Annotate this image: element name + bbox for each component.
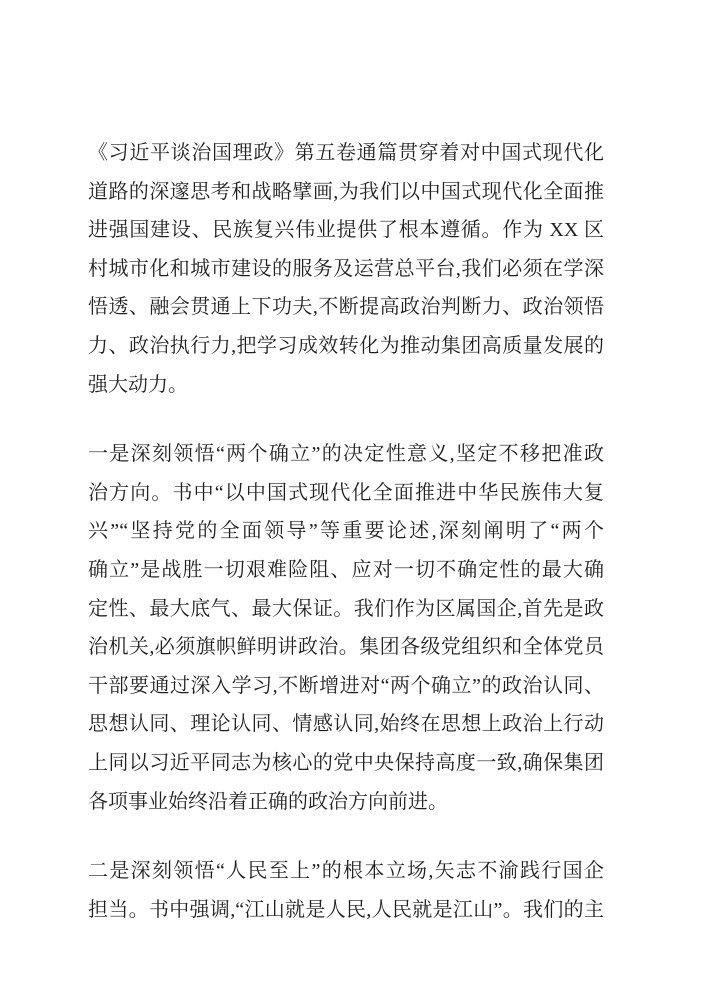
text-line: 强大动力。 [88,366,604,405]
text-line: 一是深刻领悟“两个确立”的决定性意义,坚定不移把准政 [88,435,604,474]
text-line: 道路的深邃思考和战略擘画,为我们以中国式现代化全面推 [88,173,604,212]
text-line: 《习近平谈治国理政》第五卷通篇贯穿着对中国式现代化 [88,134,604,173]
text-line: 干部要通过深入学习,不断增进对“两个确立”的政治认同、 [88,667,604,706]
paragraph: 二是深刻领悟“人民至上”的根本立场,矢志不渝践行国企担当。书中强调,“江山就是人… [88,852,604,929]
text-line: 各项事业始终沿着正确的政治方向前进。 [88,783,604,822]
text-line: 治机关,必须旗帜鲜明讲政治。集团各级党组织和全体党员 [88,628,604,667]
text-line: 悟透、融会贯通上下功夫,不断提高政治判断力、政治领悟 [88,288,604,327]
document-page: 《习近平谈治国理政》第五卷通篇贯穿着对中国式现代化道路的深邃思考和战略擘画,为我… [0,0,711,1006]
text-line: 确立”是战胜一切艰难险阻、应对一切不确定性的最大确 [88,551,604,590]
text-line: 担当。书中强调,“江山就是人民,人民就是江山”。我们的主 [88,891,604,930]
text-line: 治方向。书中“以中国式现代化全面推进中华民族伟大复 [88,474,604,513]
text-line: 思想认同、理论认同、情感认同,始终在思想上政治上行动 [88,705,604,744]
document-body: 《习近平谈治国理政》第五卷通篇贯穿着对中国式现代化道路的深邃思考和战略擘画,为我… [88,134,604,929]
text-line: 村城市化和城市建设的服务及运营总平台,我们必须在学深 [88,250,604,289]
paragraph: 《习近平谈治国理政》第五卷通篇贯穿着对中国式现代化道路的深邃思考和战略擘画,为我… [88,134,604,404]
text-line: 力、政治执行力,把学习成效转化为推动集团高质量发展的 [88,327,604,366]
text-line: 二是深刻领悟“人民至上”的根本立场,矢志不渝践行国企 [88,852,604,891]
text-line: 定性、最大底气、最大保证。我们作为区属国企,首先是政 [88,590,604,629]
paragraph: 一是深刻领悟“两个确立”的决定性意义,坚定不移把准政治方向。书中“以中国式现代化… [88,435,604,821]
text-line: 兴”“坚持党的全面领导”等重要论述,深刻阐明了“两个 [88,512,604,551]
text-line: 上同以习近平同志为核心的党中央保持高度一致,确保集团 [88,744,604,783]
text-line: 进强国建设、民族复兴伟业提供了根本遵循。作为 XX 区农 [88,211,604,250]
